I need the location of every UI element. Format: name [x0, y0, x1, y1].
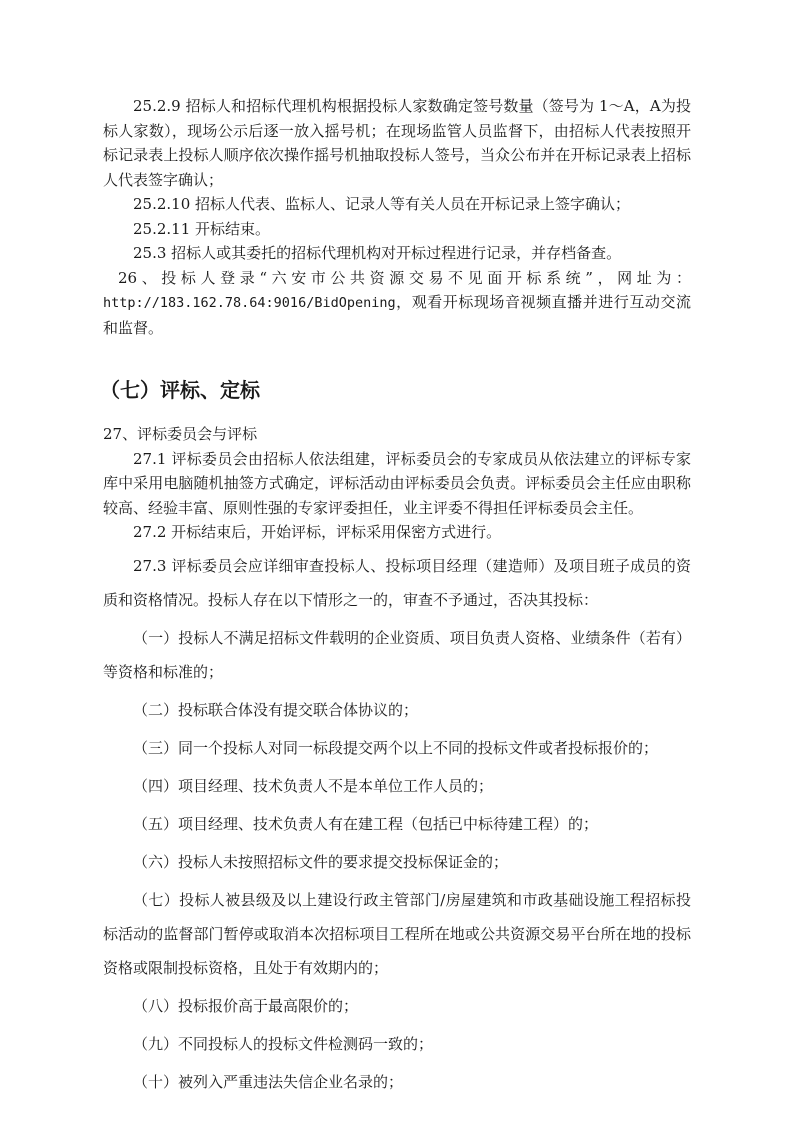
section-27: 27、评标委员会与评标 27.1 评标委员会由招标人依法组建，评标委员会的专家成… [103, 422, 691, 1103]
list-item: （六）投标人未按照招标文件的要求提交投标保证金的； [103, 845, 691, 879]
paragraph-27-2: 27.2 开标结束后，开始评标，评标采用保密方式进行。 [103, 520, 691, 545]
list-item: （三）同一个投标人对同一标段提交两个以上不同的投标文件或者投标报价的； [103, 731, 691, 765]
paragraph-26: 26、投标人登录“六安市公共资源交易不见面开标系统”，网址为：http://18… [103, 266, 691, 341]
paragraph-25-2-11: 25.2.11 开标结束。 [103, 217, 691, 242]
list-item: （十）被列入严重违法失信企业名录的； [103, 1065, 691, 1099]
section-heading: （七）评标、定标 [100, 374, 260, 403]
paragraph-25-3: 25.3 招标人或其委托的招标代理机构对开标过程进行记录，并存档备查。 [103, 241, 691, 266]
paragraph-27-1: 27.1 评标委员会由招标人依法组建，评标委员会的专家成员从依法建立的评标专家库… [103, 447, 691, 521]
list-item: （九）不同投标人的投标文件检测码一致的； [103, 1027, 691, 1061]
paragraph-25-2-9: 25.2.9 招标人和招标代理机构根据投标人家数确定签号数量（签号为 1～A，A… [103, 94, 691, 192]
section-27-title: 27、评标委员会与评标 [103, 422, 691, 447]
list-item: （一）投标人不满足招标文件载明的企业资质、项目负责人资格、业绩条件（若有）等资格… [103, 621, 691, 689]
paragraph-27-3: 27.3 评标委员会应详细审查投标人、投标项目经理（建造师）及项目班子成员的资质… [103, 549, 691, 617]
list-item: （七）投标人被县级及以上建设行政主管部门/房屋建筑和市政基础设施工程招标投标活动… [103, 883, 691, 985]
list-item: （二）投标联合体没有提交联合体协议的； [103, 693, 691, 727]
paragraph-26-text: 26、投标人登录“六安市公共资源交易不见面开标系统”，网址为： [118, 269, 691, 287]
paragraph-25-2-10: 25.2.10 招标人代表、监标人、记录人等有关人员在开标记录上签字确认； [103, 192, 691, 217]
bid-opening-url-link[interactable]: http://183.162.78.64:9016/BidOpening [103, 295, 396, 311]
list-item: （四）项目经理、技术负责人不是本单位工作人员的； [103, 769, 691, 803]
list-item: （五）项目经理、技术负责人有在建工程（包括已中标待建工程）的； [103, 807, 691, 841]
document-page: 25.2.9 招标人和招标代理机构根据投标人家数确定签号数量（签号为 1～A，A… [103, 94, 691, 340]
list-item: （八）投标报价高于最高限价的； [103, 989, 691, 1023]
